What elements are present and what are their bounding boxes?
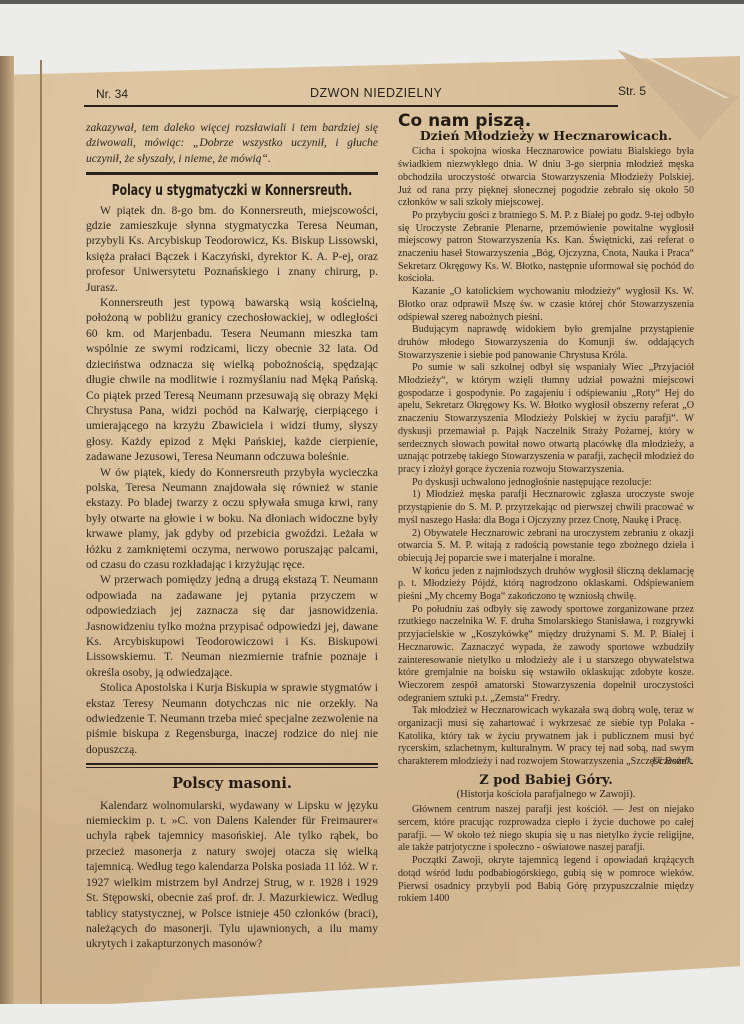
paragraph: Cicha i spokojna wioska Hecznarowice pow…	[398, 146, 694, 210]
article-masons: Kalendarz wolnomularski, wydawany w Lips…	[86, 798, 378, 952]
paragraph: Po przybyciu gości z bratniego S. M. P. …	[398, 210, 694, 286]
article-babia-gora: Głównem centrum naszej parafji jest kośc…	[398, 804, 694, 906]
article-title-youth-day: Dzień Młodzieży w Hecznarowicach.	[398, 130, 694, 143]
previous-page-edge	[0, 56, 14, 1004]
paragraph: Kazanie „O katolickiem wychowaniu młodzi…	[398, 286, 694, 324]
paragraph: 2) Obywatele Hecznarowic zebrani na uroc…	[398, 528, 694, 566]
article-title-masons: Polscy masoni.	[86, 776, 378, 791]
paragraph: W przerwach pomiędzy jedną a drugą eksta…	[86, 572, 378, 680]
scanner-edge	[0, 0, 744, 4]
issue-number: Nr. 34	[96, 87, 128, 101]
folded-corner-edge	[620, 50, 738, 98]
paragraph: Tak młodzież w Hecznarowicach wykazała s…	[398, 705, 694, 769]
left-column: zakazywał, tem daleko więcej rozsławiali…	[86, 120, 378, 952]
paragraph: Początki Zawoji, okryte tajemnicą legend…	[398, 855, 694, 906]
paragraph: W ów piątek, kiedy do Konnersreuth przyb…	[86, 465, 378, 573]
right-column: Co nam piszą. Dzień Młodzieży w Hecznaro…	[398, 115, 694, 906]
paragraph: Po dyskusji uchwalono jednogłośnie nastę…	[398, 477, 694, 490]
section-divider	[86, 172, 378, 175]
publication-title: DZWON NIEDZIELNY	[310, 86, 442, 100]
paragraph: Budującym naprawdę widokiem było gremjal…	[398, 324, 694, 362]
paragraph: 1) Młodzież męska parafji Hecznarowic zg…	[398, 489, 694, 527]
paragraph: Po sumie w sali szkolnej odbył się wspan…	[398, 362, 694, 476]
article-title-babia-gora: Z pod Babiej Góry.	[398, 775, 694, 788]
paragraph: W piątek dn. 8-go bm. do Konnersreuth, m…	[86, 203, 378, 295]
paragraph: W końcu jeden z najmłodszych druhów wygł…	[398, 566, 694, 604]
paragraph: Głównem centrum naszej parafji jest kośc…	[398, 804, 694, 855]
page-fold-line	[40, 60, 42, 1004]
paragraph: Konnersreuth jest typową bawarską wsią k…	[86, 295, 378, 464]
continued-text: zakazywał, tem daleko więcej rozsławiali…	[86, 120, 378, 166]
section-divider	[86, 763, 378, 768]
paragraph: Stolica Apostolska i Kurja Biskupia w sp…	[86, 680, 378, 757]
article-subtitle: (Historja kościoła parafjalnego w Zawoji…	[398, 789, 694, 802]
article-title-stigmatic: Polacy u stygmatyczki w Konnersreuth.	[98, 183, 366, 198]
section-title-letters: Co nam piszą.	[398, 115, 694, 128]
article-stigmatic: W piątek dn. 8-go bm. do Konnersreuth, m…	[86, 203, 378, 758]
paragraph: Kalendarz wolnomularski, wydawany w Lips…	[86, 798, 378, 952]
paragraph: Po południu zaś odbyły się zawody sporto…	[398, 604, 694, 706]
article-youth-day: Cicha i spokojna wioska Hecznarowice pow…	[398, 146, 694, 768]
page-header: Nr. 34 DZWON NIEDZIELNY Str. 5	[84, 82, 704, 106]
header-rule	[84, 105, 618, 107]
